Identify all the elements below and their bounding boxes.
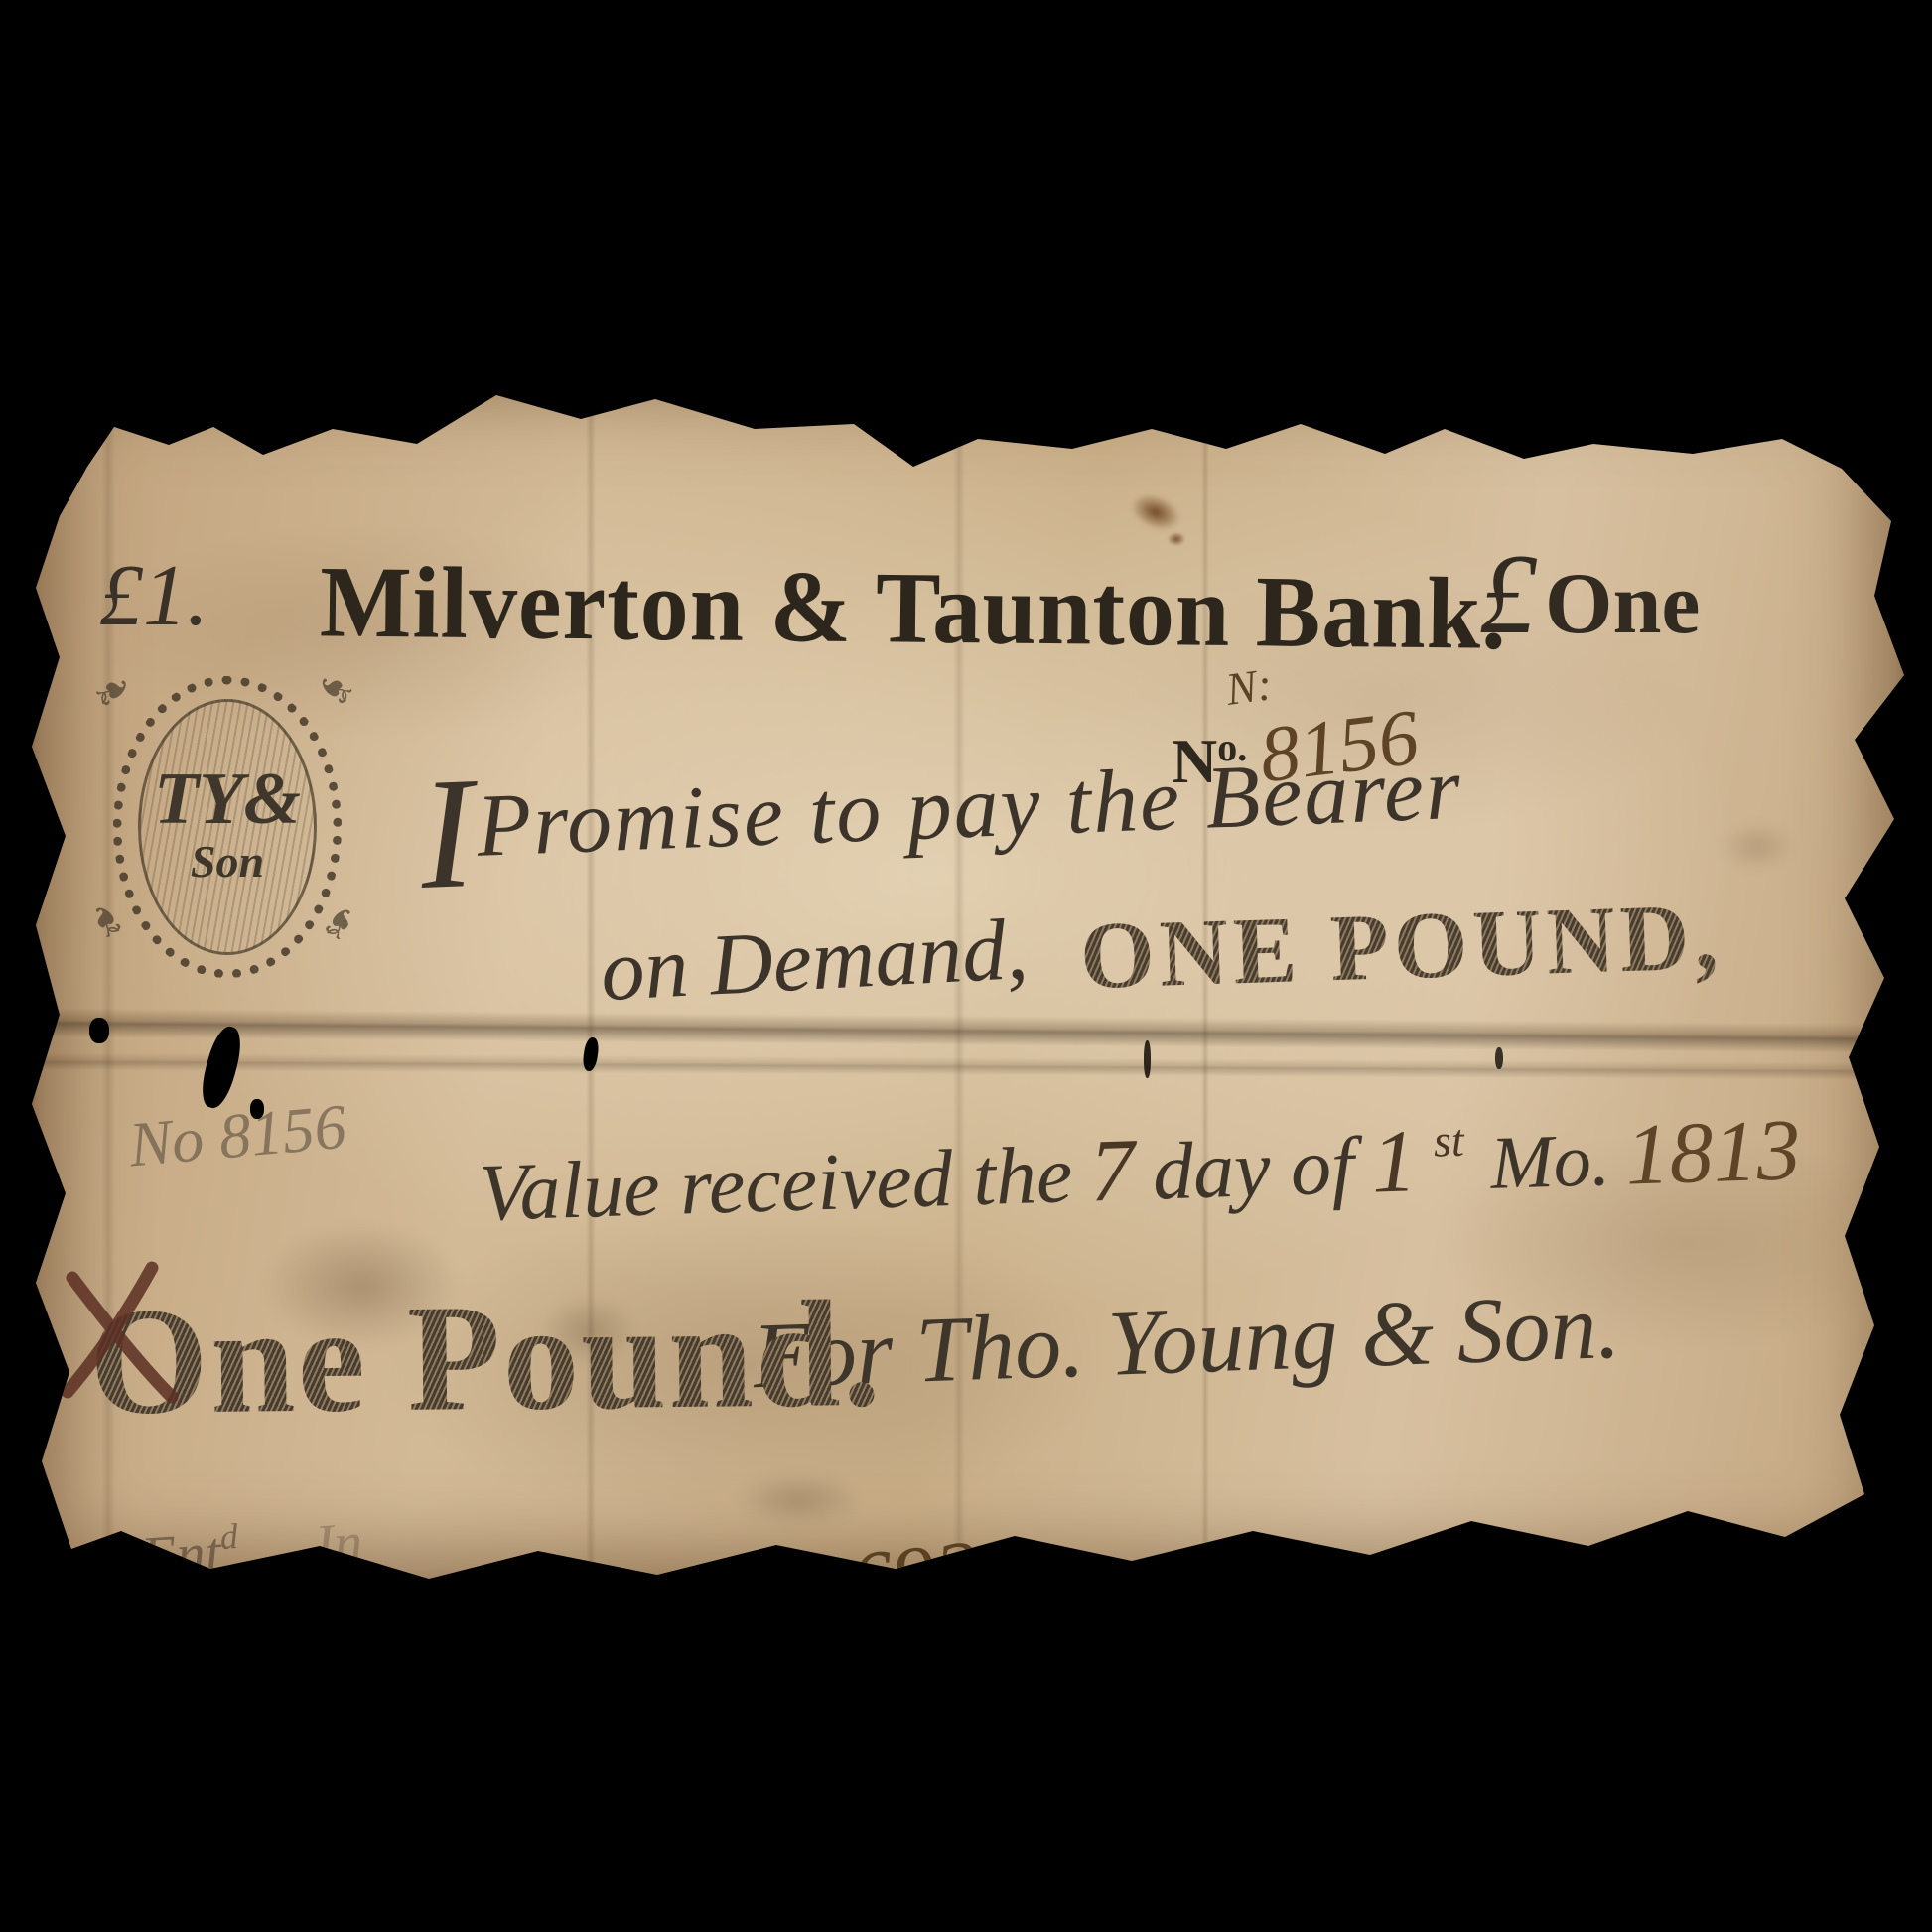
entered-annotation: EntdJn bbox=[139, 1508, 364, 1589]
medallion-monogram-sub: Son bbox=[191, 835, 264, 888]
fold-crease bbox=[30, 1008, 1906, 1053]
month-label: Mo. bbox=[1489, 1117, 1611, 1207]
month-superscript: st bbox=[1433, 1114, 1464, 1168]
signature-scrawl bbox=[1003, 1482, 1797, 1770]
value-received-printed: Value received the bbox=[478, 1128, 1074, 1240]
denomination-top-left: £1. bbox=[99, 546, 208, 646]
amount-capitals: ONE POUND, bbox=[1078, 881, 1724, 1011]
medallion-hatching: TY& Son bbox=[138, 699, 317, 955]
year-handwritten: 1813 bbox=[1624, 1100, 1802, 1205]
medallion-monogram: TY& bbox=[154, 766, 301, 833]
bank-title: Milverton & Taunton Bank. bbox=[317, 544, 1509, 673]
fold-crease bbox=[30, 1052, 1906, 1080]
flourish-ornament-icon: ❧ bbox=[80, 658, 144, 724]
paper-hole bbox=[1144, 1040, 1151, 1078]
promise-text: Promise to pay the Bearer bbox=[475, 740, 1463, 876]
on-demand-text: on Demand, bbox=[599, 899, 1031, 1022]
stain-mark bbox=[715, 1462, 884, 1537]
medallion-beaded-border: TY& Son bbox=[113, 676, 342, 978]
paper-hole bbox=[1495, 1047, 1503, 1069]
value-received-line: Value received the 7 day of 1 st Mo. 181… bbox=[478, 1098, 1802, 1242]
entered-label: Ent bbox=[139, 1519, 223, 1588]
banknote: £1. Milverton & Taunton Bank. £ One N: N… bbox=[30, 362, 1906, 1586]
serial-number-left: No 8156 bbox=[126, 1090, 348, 1182]
denomination-words: One Pound. bbox=[88, 1267, 884, 1450]
denomination-top-right: £ One bbox=[1479, 529, 1700, 661]
scan-background: £1. Milverton & Taunton Bank. £ One N: N… bbox=[0, 0, 1932, 1932]
day-handwritten: 7 bbox=[1088, 1119, 1136, 1222]
monogram-medallion: ❧ ❧ ❧ ❧ TY& Son bbox=[99, 660, 347, 988]
promise-initial: I bbox=[417, 744, 477, 922]
stain-mark bbox=[1164, 529, 1189, 549]
month-number-handwritten: 1 bbox=[1370, 1110, 1418, 1213]
day-of-printed: day of bbox=[1152, 1119, 1356, 1218]
pound-symbol: £ bbox=[1479, 529, 1537, 661]
paper-hole bbox=[250, 1099, 264, 1119]
flourish-ornament-icon: ❧ bbox=[305, 656, 368, 722]
promise-line: I Promise to pay the Bearer bbox=[418, 722, 1870, 880]
counter-number: 692 bbox=[845, 1520, 983, 1632]
entered-after: Jn bbox=[306, 1509, 364, 1578]
x-mark bbox=[58, 1258, 187, 1407]
serial-flourish: N: bbox=[1223, 657, 1276, 716]
paper-hole bbox=[89, 1018, 109, 1043]
entered-superscript: d bbox=[218, 1516, 239, 1557]
denomination-word: One bbox=[1545, 554, 1700, 654]
